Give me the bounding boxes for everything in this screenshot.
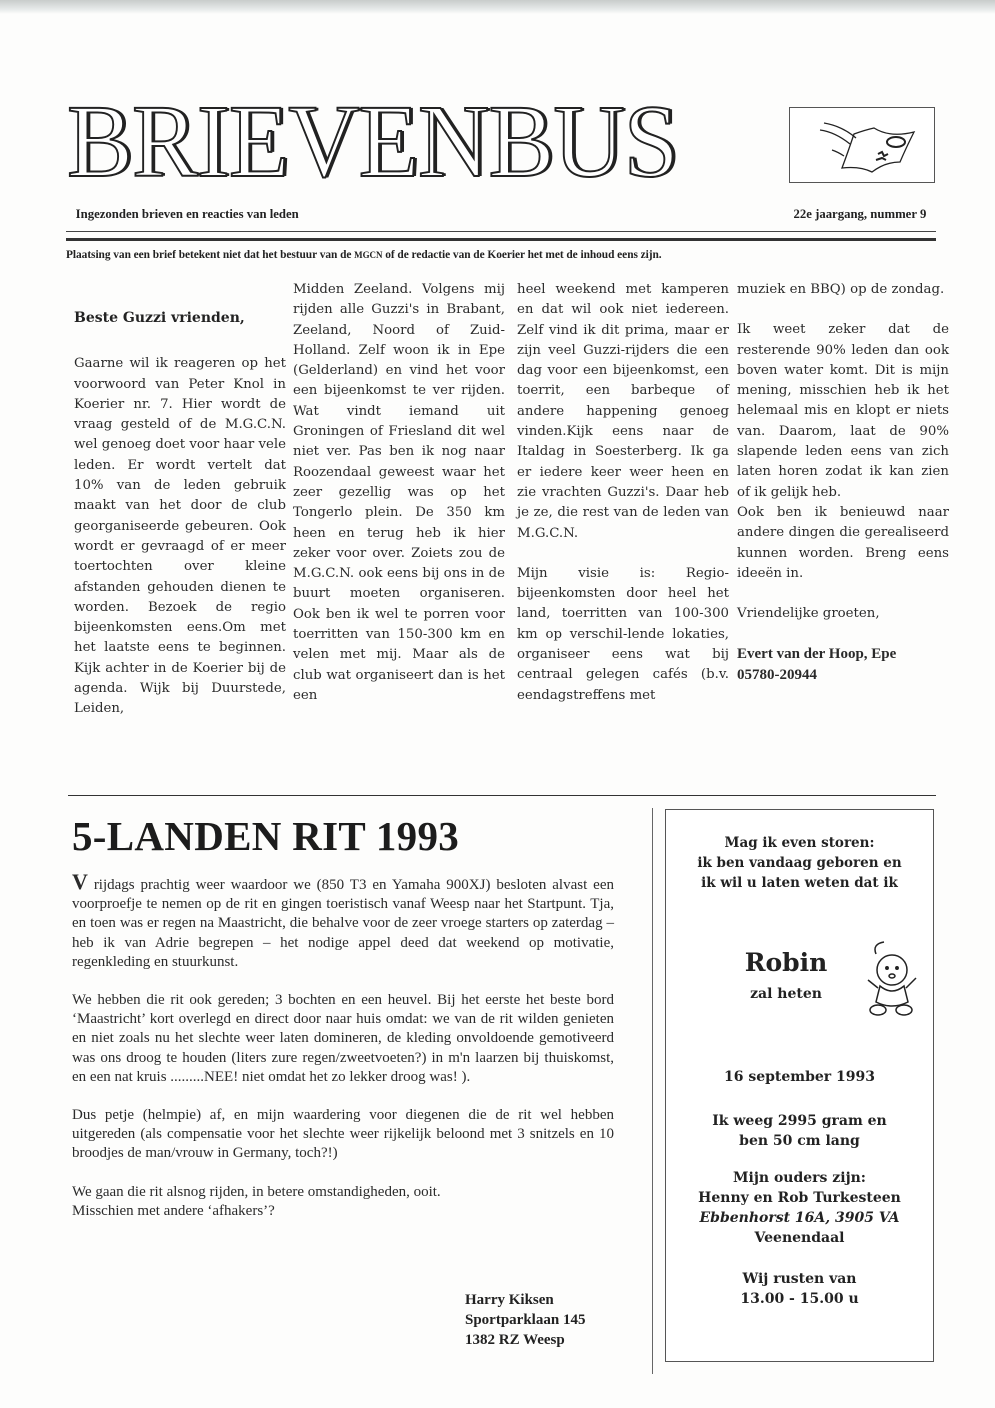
divider	[66, 231, 936, 232]
letter-paragraph: Midden Zeeland. Volgens mij rijden alle …	[293, 280, 505, 706]
baby-icon	[858, 940, 928, 1020]
section-subtitle: Ingezonden brieven en reacties van leden	[76, 206, 299, 222]
article-paragraph: V rijdags prachtig weer waardoor we (850…	[72, 872, 614, 972]
letter-salutation: Beste Guzzi vrienden,	[74, 308, 286, 328]
article-body: V rijdags prachtig weer waardoor we (850…	[72, 872, 614, 1240]
section-divider	[68, 795, 936, 796]
org-abbreviation: MGCN	[354, 250, 382, 260]
issue-number: 22e jaargang, nummer 9	[793, 206, 926, 222]
letter-paragraph: heel weekend met kamperen en dat wil ook…	[517, 280, 729, 544]
letter-paragraph: Ook ben ik benieuwd naar andere dingen d…	[737, 503, 949, 584]
letter-column-4: muziek en BBQ) op de zondag. Ik weet zek…	[737, 280, 949, 685]
letter-column-1: Beste Guzzi vrienden, Gaarne wil ik reag…	[74, 280, 286, 720]
author-street: Sportparklaan 145	[465, 1310, 585, 1330]
baby-name: Robin	[726, 948, 846, 977]
letter-paragraph: Gaarne wil ik reageren op het voorwoord …	[74, 354, 286, 719]
article-signature: Harry Kiksen Sportparklaan 145 1382 RZ W…	[465, 1290, 585, 1350]
letter-signature-name: Evert van der Hoop, Epe	[737, 644, 949, 664]
baby-name-suffix: zal heten	[726, 986, 846, 1002]
birth-announcement: Mag ik even storen: ik ben vandaag gebor…	[665, 809, 934, 1362]
masthead: BRIEVENBUS	[67, 94, 937, 194]
letter-paragraph: Ik weet zeker dat de resterende 90% lede…	[737, 320, 949, 503]
divider	[66, 238, 936, 241]
birth-weight: Ik weeg 2995 gram en ben 50 cm lang	[666, 1111, 933, 1151]
letter-signature-phone: 05780-20944	[737, 665, 949, 685]
birth-intro: Mag ik even storen: ik ben vandaag gebor…	[666, 833, 933, 893]
article-paragraph: We gaan die rit alsnog rijden, in betere…	[72, 1183, 614, 1221]
author-city: 1382 RZ Weesp	[465, 1330, 585, 1350]
letter-paragraph: muziek en BBQ) op de zondag.	[737, 280, 949, 300]
author-name: Harry Kiksen	[465, 1290, 585, 1310]
article-paragraph: We hebben die rit ook gereden; 3 bochten…	[72, 991, 614, 1087]
visiting-hours: Wij rusten van 13.00 - 15.00 u	[666, 1269, 933, 1309]
birth-date: 16 september 1993	[666, 1069, 933, 1085]
masthead-title: BRIEVENBUS	[67, 94, 732, 190]
column-divider	[652, 808, 653, 1374]
birth-parents: Mijn ouders zijn: Henny en Rob Turkestee…	[666, 1168, 933, 1248]
masthead-subtitle-row: Ingezonden brieven en reacties van leden…	[76, 206, 927, 224]
article-paragraph: Dus petje (helmpie) af, en mijn waarderi…	[72, 1106, 614, 1164]
letter-column-3: heel weekend met kamperen en dat wil ook…	[517, 280, 729, 706]
drop-cap: V	[72, 869, 88, 894]
scan-edge	[0, 0, 995, 14]
letter-paragraph: Mijn visie is: Regio-bijeenkomsten door …	[517, 564, 729, 706]
letter-closing: Vriendelijke groeten,	[737, 604, 949, 624]
flying-letter-icon	[789, 107, 935, 183]
disclaimer: Plaatsing van een brief betekent niet da…	[66, 249, 936, 261]
letter-column-2: Midden Zeeland. Volgens mij rijden alle …	[293, 280, 505, 706]
article-title: 5-LANDEN RIT 1993	[72, 812, 459, 860]
